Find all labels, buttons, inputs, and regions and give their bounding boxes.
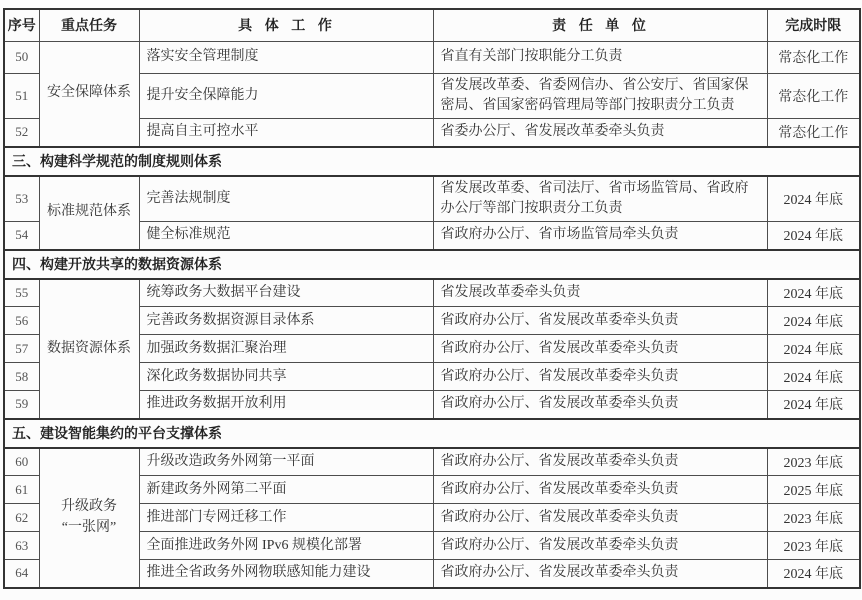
cell-work: 推进政务数据开放利用 [139, 391, 433, 419]
col-header-unit: 责任单位 [433, 9, 767, 41]
cell-deadline: 2024 年底 [767, 279, 860, 307]
cell-deadline: 常态化工作 [767, 41, 860, 73]
cell-work: 健全标准规范 [139, 222, 433, 250]
cell-deadline: 2024 年底 [767, 391, 860, 419]
section-row-5: 五、建设智能集约的平台支撑体系 [4, 419, 860, 448]
cell-deadline: 2024 年底 [767, 222, 860, 250]
section-title: 四、构建开放共享的数据资源体系 [4, 250, 860, 279]
cell-unit: 省政府办公厅、省发展改革委牵头负责 [433, 391, 767, 419]
cell-no: 52 [4, 119, 39, 147]
cell-no: 59 [4, 391, 39, 419]
cell-task-group-network: 升级政务 “一张网” [39, 448, 139, 588]
cell-work: 新建政务外网第二平面 [139, 476, 433, 504]
cell-work: 提升安全保障能力 [139, 73, 433, 119]
cell-work: 统筹政务大数据平台建设 [139, 279, 433, 307]
cell-task-group-data: 数据资源体系 [39, 279, 139, 419]
cell-no: 50 [4, 41, 39, 73]
cell-unit: 省政府办公厅、省发展改革委牵头负责 [433, 363, 767, 391]
table-row-50: 50 安全保障体系 落实安全管理制度 省直有关部门按职能分工负责 常态化工作 [4, 41, 860, 73]
document-page: 序号 重点任务 具体工作 责任单位 完成时限 50 安全保障体系 落实安全管理制… [0, 0, 862, 600]
cell-unit: 省直有关部门按职能分工负责 [433, 41, 767, 73]
cell-deadline: 2024 年底 [767, 176, 860, 222]
cell-deadline: 常态化工作 [767, 119, 860, 147]
cell-no: 51 [4, 73, 39, 119]
col-header-work: 具体工作 [139, 9, 433, 41]
section-row-3: 三、构建科学规范的制度规则体系 [4, 147, 860, 176]
cell-deadline: 2024 年底 [767, 363, 860, 391]
cell-deadline: 2024 年底 [767, 307, 860, 335]
cell-unit: 省委办公厅、省发展改革委牵头负责 [433, 119, 767, 147]
cell-work: 深化政务数据协同共享 [139, 363, 433, 391]
table-row-55: 55 数据资源体系 统筹政务大数据平台建设 省发展改革委牵头负责 2024 年底 [4, 279, 860, 307]
cell-work: 提高自主可控水平 [139, 119, 433, 147]
cell-work: 推进部门专网迁移工作 [139, 504, 433, 532]
table-header-row: 序号 重点任务 具体工作 责任单位 完成时限 [4, 9, 860, 41]
section-title: 五、建设智能集约的平台支撑体系 [4, 419, 860, 448]
cell-deadline: 2025 年底 [767, 476, 860, 504]
cell-no: 54 [4, 222, 39, 250]
cell-unit: 省发展改革委牵头负责 [433, 279, 767, 307]
cell-unit: 省政府办公厅、省市场监管局牵头负责 [433, 222, 767, 250]
cell-unit: 省政府办公厅、省发展改革委牵头负责 [433, 504, 767, 532]
col-header-deadline: 完成时限 [767, 9, 860, 41]
cell-no: 58 [4, 363, 39, 391]
cell-unit: 省政府办公厅、省发展改革委牵头负责 [433, 448, 767, 476]
cell-work: 推进全省政务外网物联感知能力建设 [139, 560, 433, 588]
cell-unit: 省政府办公厅、省发展改革委牵头负责 [433, 476, 767, 504]
cell-task-group-standards: 标准规范体系 [39, 176, 139, 250]
cell-deadline: 2024 年底 [767, 335, 860, 363]
cell-no: 55 [4, 279, 39, 307]
cell-unit: 省发展改革委、省司法厅、省市场监管局、省政府办公厅等部门按职责分工负责 [433, 176, 767, 222]
cell-work: 完善法规制度 [139, 176, 433, 222]
cell-no: 64 [4, 560, 39, 588]
cell-no: 57 [4, 335, 39, 363]
table-row-53: 53 标准规范体系 完善法规制度 省发展改革委、省司法厅、省市场监管局、省政府办… [4, 176, 860, 222]
cell-unit: 省政府办公厅、省发展改革委牵头负责 [433, 560, 767, 588]
cell-work: 落实安全管理制度 [139, 41, 433, 73]
cell-no: 62 [4, 504, 39, 532]
cell-no: 61 [4, 476, 39, 504]
cell-deadline: 2023 年底 [767, 532, 860, 560]
cell-no: 63 [4, 532, 39, 560]
task-group-line2: “一张网” [43, 518, 136, 538]
col-header-task: 重点任务 [39, 9, 139, 41]
cell-work: 完善政务数据资源目录体系 [139, 307, 433, 335]
cell-deadline: 2024 年底 [767, 560, 860, 588]
cell-no: 56 [4, 307, 39, 335]
cell-deadline: 2023 年底 [767, 448, 860, 476]
cell-work: 升级改造政务外网第一平面 [139, 448, 433, 476]
section-title: 三、构建科学规范的制度规则体系 [4, 147, 860, 176]
cell-deadline: 常态化工作 [767, 73, 860, 119]
cell-deadline: 2023 年底 [767, 504, 860, 532]
cell-unit: 省发展改革委、省委网信办、省公安厅、省国家保密局、省国家密码管理局等部门按职责分… [433, 73, 767, 119]
cell-work: 加强政务数据汇聚治理 [139, 335, 433, 363]
task-table: 序号 重点任务 具体工作 责任单位 完成时限 50 安全保障体系 落实安全管理制… [3, 8, 861, 589]
cell-unit: 省政府办公厅、省发展改革委牵头负责 [433, 532, 767, 560]
table-row-60: 60 升级政务 “一张网” 升级改造政务外网第一平面 省政府办公厅、省发展改革委… [4, 448, 860, 476]
cell-unit: 省政府办公厅、省发展改革委牵头负责 [433, 335, 767, 363]
cell-no: 60 [4, 448, 39, 476]
cell-task-group-security: 安全保障体系 [39, 41, 139, 147]
cell-unit: 省政府办公厅、省发展改革委牵头负责 [433, 307, 767, 335]
cell-work: 全面推进政务外网 IPv6 规模化部署 [139, 532, 433, 560]
cell-no: 53 [4, 176, 39, 222]
task-group-line1: 升级政务 [43, 497, 136, 517]
section-row-4: 四、构建开放共享的数据资源体系 [4, 250, 860, 279]
col-header-no: 序号 [4, 9, 39, 41]
